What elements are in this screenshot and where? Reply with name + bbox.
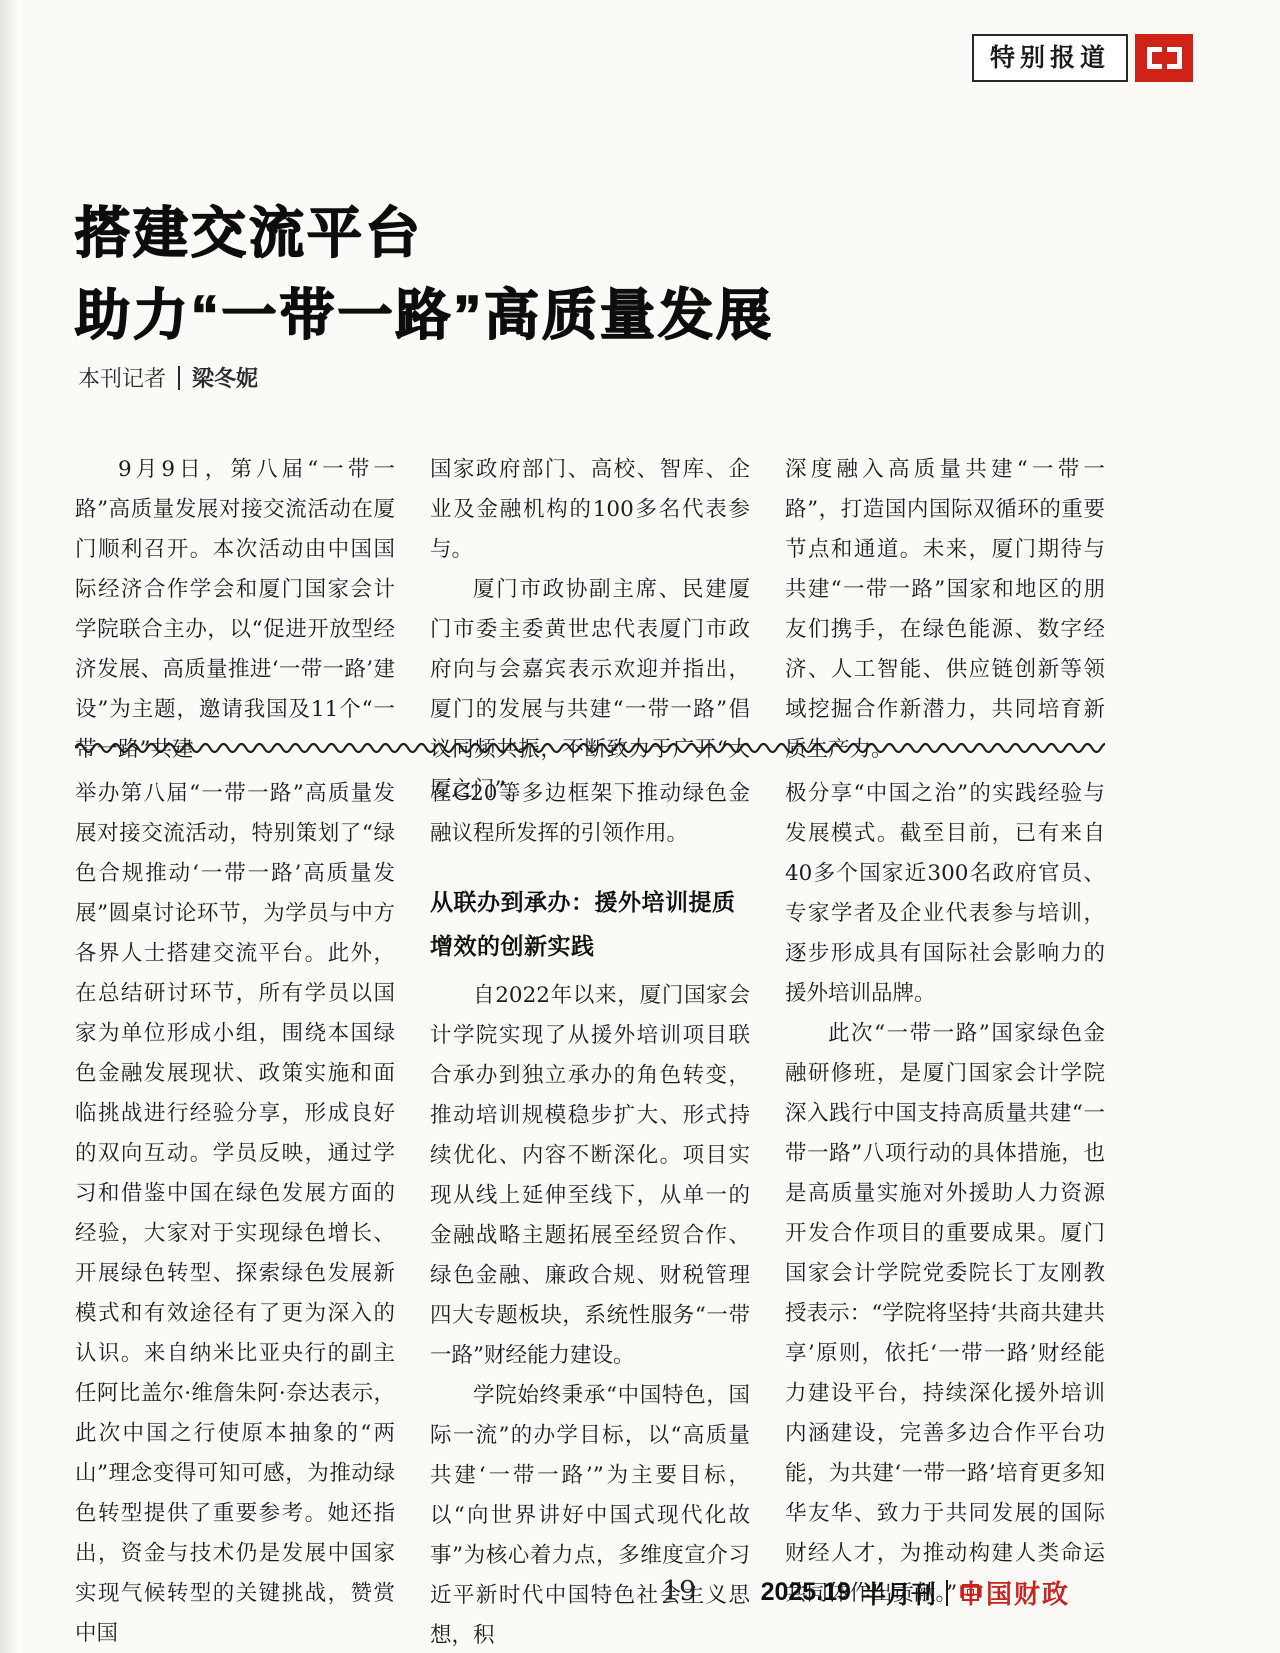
page-header: 特别报道 [972,34,1193,82]
byline-divider [178,366,180,390]
paragraph: 国家政府部门、高校、智库、企业及金融机构的100多名代表参与。 [430,450,750,570]
intro-column-2: 国家政府部门、高校、智库、企业及金融机构的100多名代表参与。 厦门市政协副主席… [430,450,750,810]
magazine-page: 特别报道 搭建交流平台 助力“一带一路”高质量发展 本刊记者 梁冬妮 9月9日，… [0,0,1280,1653]
intro-column-3: 深度融入高质量共建“一带一路”，打造国内国际双循环的重要节点和通道。未来，厦门期… [785,450,1105,810]
paragraph: 极分享“中国之治”的实践经验与发展模式。截至目前，已有来自40多个国家近300名… [785,774,1105,1014]
body-column-1: 举办第八届“一带一路”高质量发展对接交流活动，特别策划了“绿色合规推动‘一带一路… [75,774,395,1653]
paragraph: 在G20等多边框架下推动绿色金融议程所发挥的引领作用。 [430,774,750,854]
footer-edition: 半月刊 [861,1575,936,1611]
article-title: 搭建交流平台 助力“一带一路”高质量发展 [75,192,1115,356]
intro-section: 9月9日，第八届“一带一路”高质量发展对接交流活动在厦门顺利召开。本次活动由中国… [75,450,1105,810]
paragraph: 自2022年以来，厦门国家会计学院实现了从援外培训项目联合承办到独立承办的角色转… [430,976,750,1376]
paragraph: 举办第八届“一带一路”高质量发展对接交流活动，特别策划了“绿色合规推动‘一带一路… [75,774,395,1653]
footer-divider [946,1580,948,1606]
body-section: 举办第八届“一带一路”高质量发展对接交流活动，特别策划了“绿色合规推动‘一带一路… [75,774,1105,1653]
footer-issue: 2025.19 [761,1578,851,1607]
byline: 本刊记者 梁冬妮 [78,362,258,393]
article-title-line2: 助力“一带一路”高质量发展 [75,274,1115,356]
byline-author: 梁冬妮 [192,362,258,393]
section-tag: 特别报道 [972,34,1128,82]
wavy-divider-svg [75,740,1105,754]
footer-issue-block: 2025.19 半月刊 中国财政 [761,1574,1070,1611]
article-title-line1: 搭建交流平台 [75,192,1115,274]
body-column-3: 极分享“中国之治”的实践经验与发展模式。截至目前，已有来自40多个国家近300名… [785,774,1105,1653]
page-footer: 19 2025.19 半月刊 中国财政 [0,1574,1280,1614]
wavy-divider-path [75,744,1105,752]
paragraph: 9月9日，第八届“一带一路”高质量发展对接交流活动在厦门顺利召开。本次活动由中国… [75,450,395,770]
logo-bracket-right-icon [1167,47,1182,69]
logo-bracket-left-icon [1147,47,1162,69]
sub-heading: 从联办到承办：援外培训提质增效的创新实践 [430,880,750,968]
magazine-logo-icon [1135,34,1193,82]
paragraph-text: 此次“一带一路”国家绿色金融研修班，是厦门国家会计学院深入践行中国支持高质量共建… [785,1021,1105,1606]
paragraph: 深度融入高质量共建“一带一路”，打造国内国际双循环的重要节点和通道。未来，厦门期… [785,450,1105,770]
footer-brand: 中国财政 [958,1574,1070,1611]
page-number: 19 [662,1576,696,1607]
byline-label: 本刊记者 [78,362,166,393]
paragraph: 此次“一带一路”国家绿色金融研修班，是厦门国家会计学院深入践行中国支持高质量共建… [785,1014,1105,1614]
wavy-divider [75,740,1105,754]
intro-column-1: 9月9日，第八届“一带一路”高质量发展对接交流活动在厦门顺利召开。本次活动由中国… [75,450,395,810]
body-column-2: 在G20等多边框架下推动绿色金融议程所发挥的引领作用。 从联办到承办：援外培训提… [430,774,750,1653]
